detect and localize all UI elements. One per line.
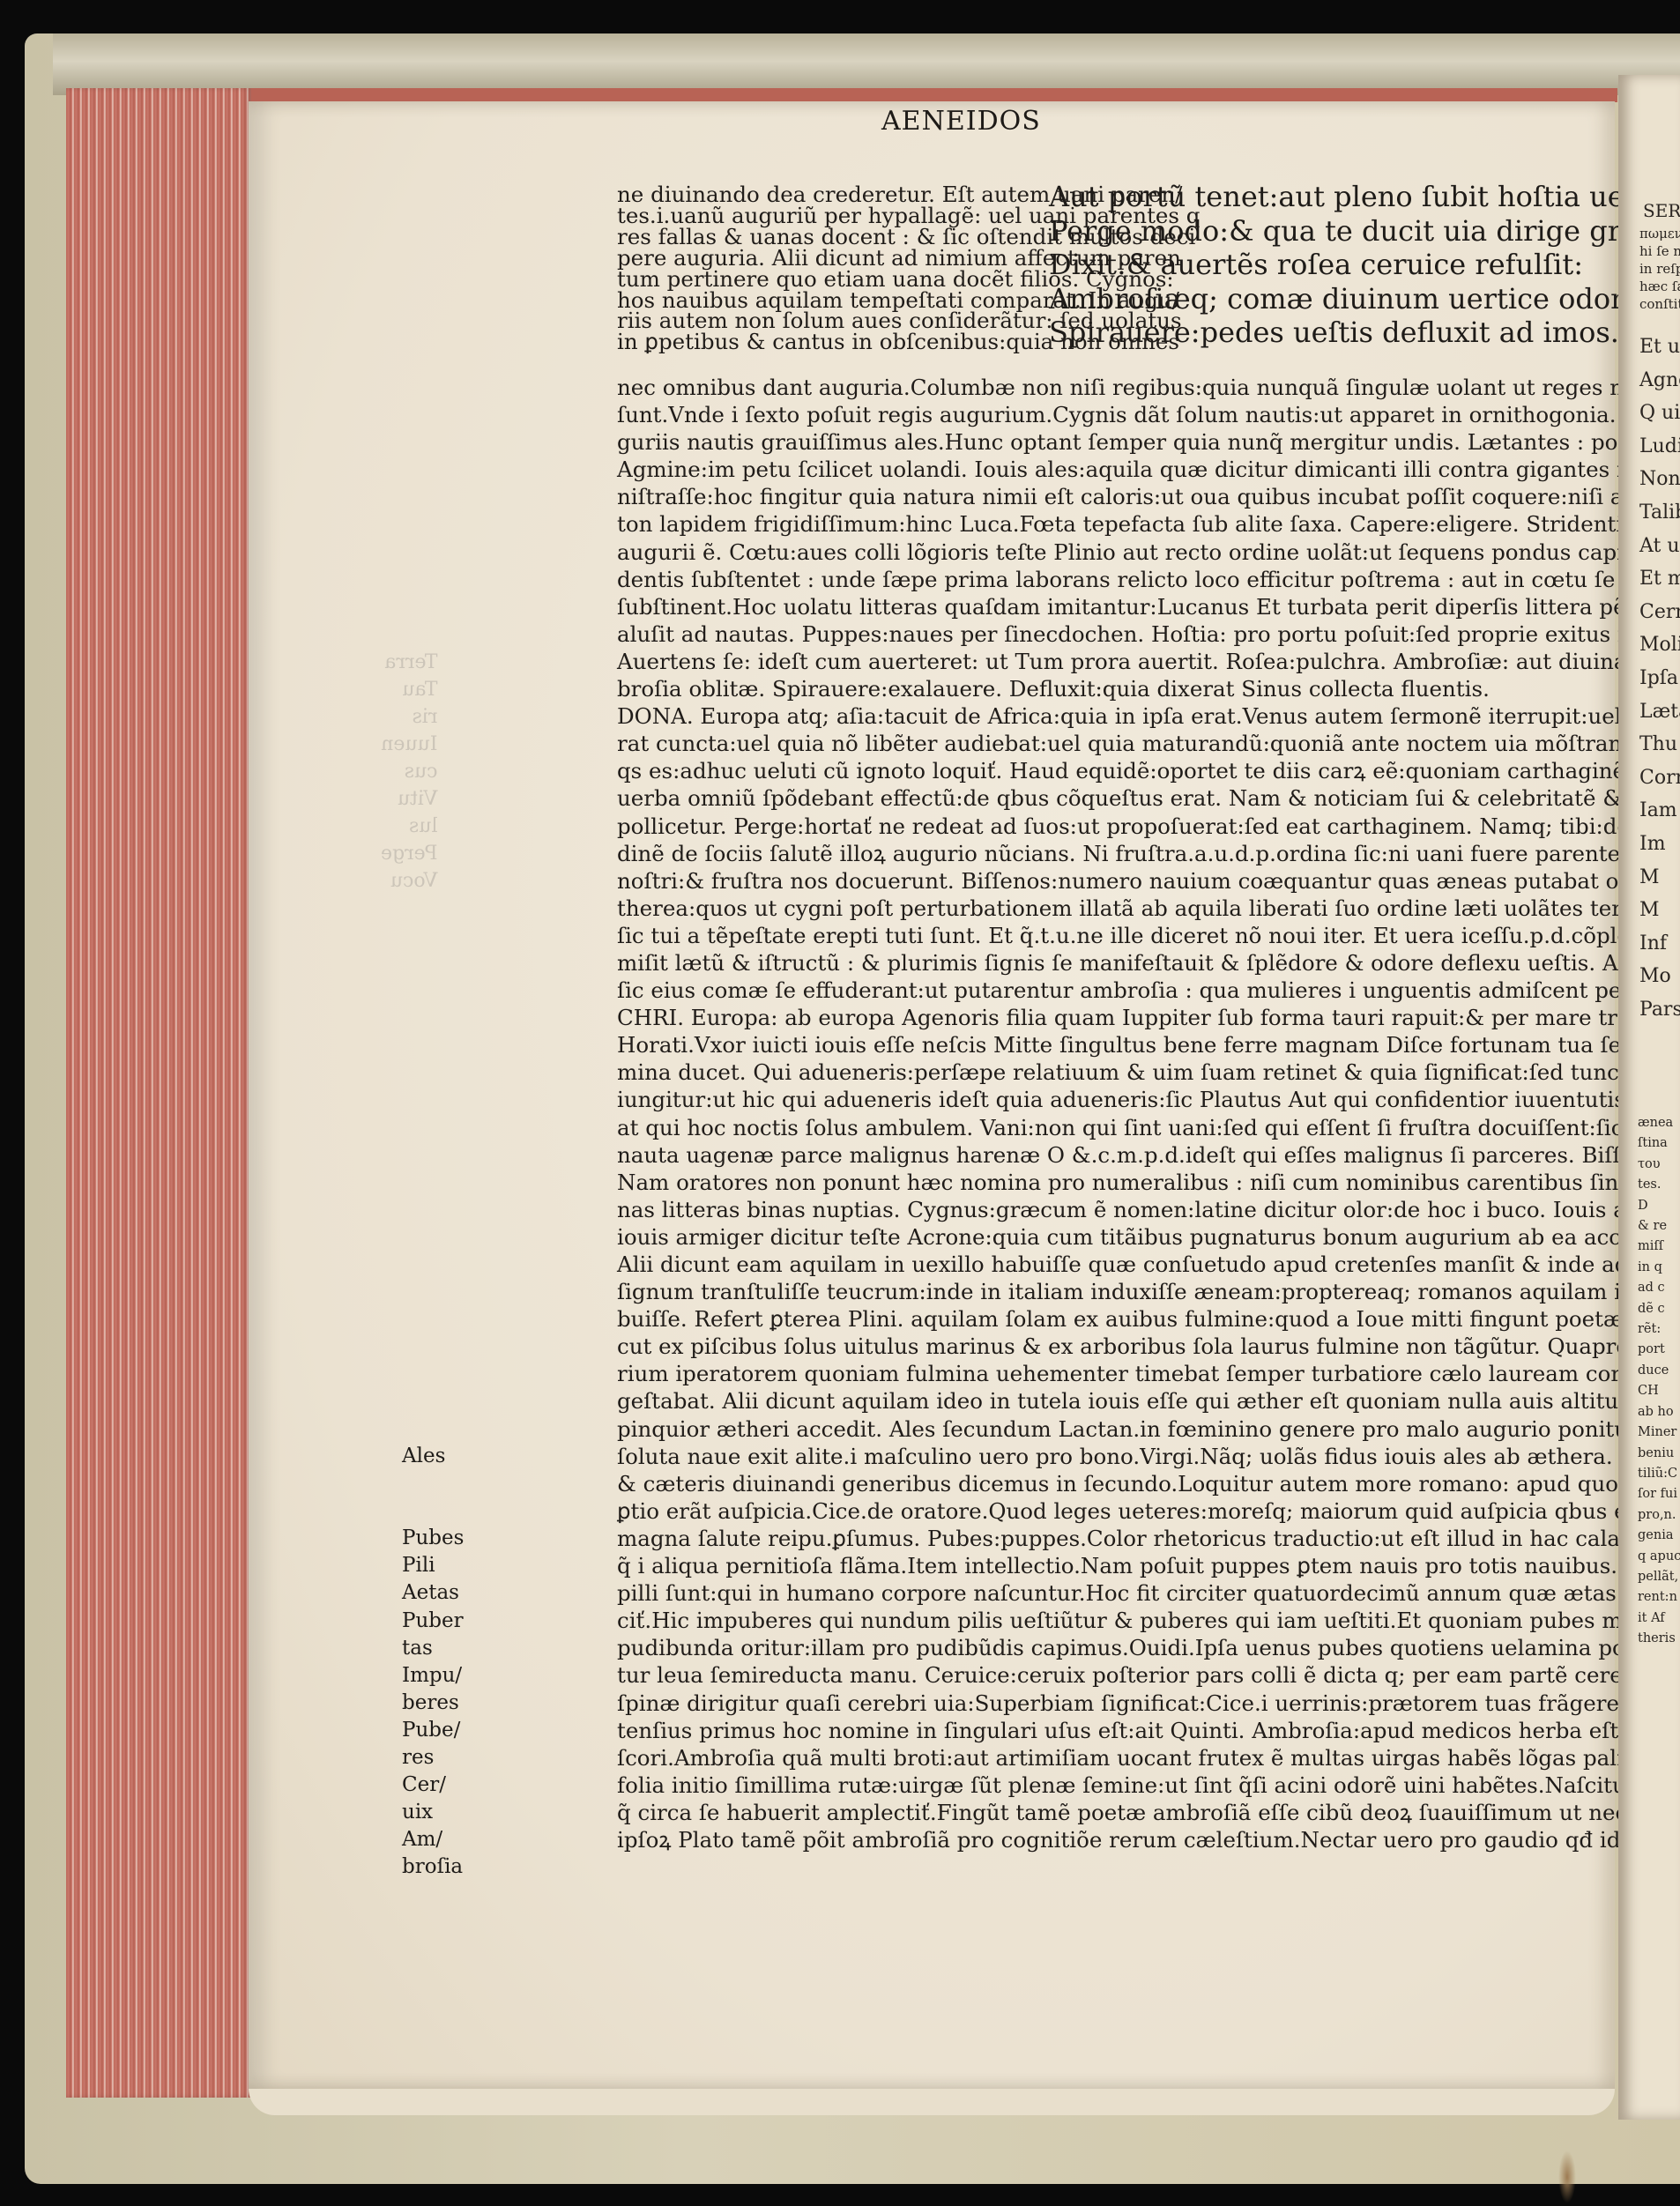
facing-page-commentary-line: duce (1638, 1361, 1680, 1381)
commentary-line: dinẽ de ſociis ſalutẽ illoꝝ augurio nũci… (617, 840, 1680, 867)
facing-page-verse-line: Iam (1639, 794, 1680, 828)
commentary-line: Alii dicunt eam aquilam in uexillo habui… (617, 1251, 1680, 1278)
commentary-line: ſignum tranſtuliſſe teucrum:inde in ital… (617, 1278, 1680, 1305)
commentary-line: ſic eius comæ ſe effuderant:ut putarentu… (617, 977, 1680, 1004)
facing-page-verse-line: Et uera (1639, 331, 1680, 364)
show-through-word: lus (381, 813, 437, 840)
facing-page-commentary-line: rent:n (1638, 1587, 1680, 1608)
facing-page-verse-line: Et mu (1639, 562, 1680, 596)
commentary-line: pudibunda oritur:illam pro pudibũdis cap… (617, 1634, 1680, 1661)
facing-page-verse-line: Ipſa p (1639, 662, 1680, 695)
commentary-line: CHRI. Europa: ab europa Agenoris filia q… (617, 1004, 1680, 1031)
commentary-line: ſunt.Vnde i ſexto poſuit regis augurium.… (617, 401, 1680, 428)
commentary-line: uerba omniũ ſpõdebant effectũ:de qbus cõ… (617, 784, 1680, 812)
facing-page-verse: Et ueraAgnouQ uicLudisNonTalibAt ueEt mu… (1639, 331, 1680, 1026)
facing-page-verse-line: Agnou (1639, 364, 1680, 397)
commentary-line: tum pertinere quo etiam uana docẽt filio… (617, 269, 1200, 290)
commentary-line: rium iperatorem quoniam fulmina uehement… (617, 1360, 1680, 1387)
show-through-word: Vitu (381, 785, 437, 813)
facing-page-commentary-line: ad c (1638, 1278, 1680, 1298)
commentary-line: tur leua ſemireducta manu. Ceruice:cerui… (617, 1661, 1680, 1689)
facing-page-verse-line: M (1639, 894, 1680, 927)
facing-page-commentary-line: του (1638, 1155, 1680, 1175)
facing-page-verse-line: Non (1639, 463, 1680, 496)
commentary-line: buiſſe. Refert ꝑterea Plini. aquilam ſol… (617, 1305, 1680, 1333)
facing-page-small-text: πωμενοhi ſe noin reſpohæc ſaluconſtitit (1639, 225, 1680, 313)
facing-page: SER. πωμενοhi ſe noin reſpohæc ſaluconſt… (1618, 75, 1680, 2120)
margin-note: Pube/ (402, 1717, 460, 1744)
facing-page-commentary-line: theris (1638, 1629, 1680, 1649)
commentary-line: magna ſalute reipu.ꝑſumus. Pubes:puppes.… (617, 1525, 1680, 1552)
facing-page-commentary-line: tes. (1638, 1175, 1680, 1195)
facing-page-commentary-line: beniu (1638, 1444, 1680, 1464)
facing-page-verse-line: Mo (1639, 960, 1680, 993)
commentary-line: q̃ circa ſe habuerit amplectiť.Fingũt ta… (617, 1799, 1680, 1826)
margin-note: Impu/ (402, 1662, 462, 1690)
commentary-line: ton lapidem frigidiſſimum:hinc Luca.Fœta… (617, 510, 1680, 538)
commentary-line: nas litteras binas nuptias. Cygnus:græcu… (617, 1196, 1680, 1223)
commentary-full-width: nec omnibus dant auguria.Columbæ non niſ… (617, 374, 1680, 1853)
facing-page-commentary-line: in q (1638, 1258, 1680, 1278)
commentary-line: rat cuncta:uel quia nõ libẽter audiebat:… (617, 730, 1680, 757)
facing-page-line: πωμενο (1639, 225, 1680, 242)
show-through-word: ris (381, 703, 437, 731)
show-through-word: Vocu (381, 867, 437, 895)
commentary-line: noſtri:& fruſtra nos docuerunt. Biſſenos… (617, 867, 1680, 895)
commentary-line: iouis armiger dicitur teſte Acrone:quia … (617, 1223, 1680, 1251)
facing-page-commentary-line: pellãt, (1638, 1567, 1680, 1587)
facing-page-commentary-line: genia (1638, 1526, 1680, 1546)
facing-page-verse-line: Im (1639, 828, 1680, 861)
commentary-line: tenſius primus hoc nomine in ſingulari u… (617, 1717, 1680, 1744)
facing-page-commentary-line: q apuc (1638, 1547, 1680, 1567)
commentary-line: dentis ſubſtentet : unde ſæpe prima labo… (617, 566, 1680, 593)
show-through-word: Perge (381, 840, 437, 867)
commentary-line: augurii ẽ. Cœtu:aues colli lõgioris teſt… (617, 539, 1680, 566)
commentary-line: nauta uagenæ parce malignus harenæ O &.c… (617, 1141, 1680, 1169)
margin-note: Aetas (402, 1579, 459, 1607)
facing-page-verse-line: Corr (1639, 761, 1680, 795)
facing-page-commentary-line: ſtina (1638, 1133, 1680, 1154)
margin-note: Cer/ (402, 1771, 446, 1799)
commentary-line: niſtraſſe:hoc fingitur quia natura nimii… (617, 483, 1680, 510)
commentary-line: DONA. Europa atq; aſia:tacuit de Africa:… (617, 702, 1680, 730)
page-edge-top (66, 88, 1617, 102)
facing-page-commentary-line: miſſ (1638, 1237, 1680, 1257)
commentary-line: aluſit ad nautas. Puppes:naues per ſinec… (617, 620, 1680, 648)
paper-stain (1558, 2150, 1576, 2203)
margin-note: tas (402, 1635, 433, 1662)
facing-page-verse-line: Thu (1639, 728, 1680, 761)
commentary-line: qs es:adhuc ueluti cũ ignoto loquiť. Hau… (617, 757, 1680, 784)
commentary-left-column: ne diuinando dea crederetur. Eſt autem u… (617, 184, 1200, 353)
margin-note: Puber (402, 1608, 464, 1635)
commentary-line: Agmine:im petu ſcilicet uolandi. Iouis a… (617, 456, 1680, 483)
margin-note: Am/ (402, 1826, 442, 1853)
margin-note: res (402, 1744, 434, 1771)
facing-page-commentary-line: & re (1638, 1216, 1680, 1237)
commentary-line: iungitur:ut hic qui adueneris ideſt quia… (617, 1086, 1680, 1113)
facing-page-verse-line: Moli (1639, 628, 1680, 662)
facing-page-commentary-line: CH (1638, 1381, 1680, 1401)
commentary-line: q̃ i aliqua pernitioſa flãma.Item intell… (617, 1552, 1680, 1579)
commentary-line: miſit lætũ & iſtructũ : & plurimis ſigni… (617, 949, 1680, 977)
commentary-line: ipſoꝝ Plato tamẽ põit ambroſiã pro cogni… (617, 1826, 1680, 1853)
show-through-word: cus (381, 758, 437, 785)
commentary-line: ſic tui a tẽpeſtate erepti tuti ſunt. Et… (617, 922, 1680, 949)
commentary-line: in ꝑpetibus & cantus in obſcenibus:quia … (617, 331, 1200, 353)
commentary-line: folia initio ſimillima rutæ:uirgæ ſũt pl… (617, 1771, 1680, 1799)
facing-page-commentary-line: pro,n. (1638, 1505, 1680, 1526)
facing-page-commentary: æneaſtinaτουtes. D& remiſſin qad cdẽ crẽ… (1638, 1113, 1680, 1650)
facing-page-commentary-line: Miner (1638, 1422, 1680, 1443)
commentary-line: nec omnibus dant auguria.Columbæ non niſ… (617, 374, 1680, 401)
margin-note: beres (402, 1690, 459, 1717)
commentary-line: pollicetur. Perge:hortať ne redeat ad ſu… (617, 813, 1680, 840)
margin-note: Ales (402, 1443, 445, 1470)
running-head: AENEIDOS (881, 106, 1041, 137)
facing-page-head: SER. (1643, 200, 1680, 221)
facing-page-verse-line: At ue (1639, 530, 1680, 563)
margin-note: broſia (402, 1853, 463, 1881)
commentary-line: ſpinæ dirigitur quaſi cerebri uia:Superb… (617, 1690, 1680, 1717)
facing-page-commentary-line: tiliũ:C (1638, 1464, 1680, 1484)
commentary-line: at qui hoc noctis ſolus ambulem. Vani:no… (617, 1114, 1680, 1141)
facing-page-commentary-line: ab ho (1638, 1402, 1680, 1422)
facing-page-verse-line: Q uic (1639, 397, 1680, 430)
commentary-line: Nam oratores non ponunt hæc nomina pro n… (617, 1169, 1680, 1196)
facing-page-verse-line: Ludis (1639, 430, 1680, 464)
binding-top-edge (53, 33, 1680, 95)
commentary-line: ſubſtinent.Hoc uolatu litteras quaſdam i… (617, 593, 1680, 620)
commentary-line: cut ex piſcibus ſolus uitulus marinus & … (617, 1333, 1680, 1360)
facing-page-line: conſtitit (1639, 295, 1680, 313)
commentary-line: guriis nautis grauiſſimus ales.Hunc opta… (617, 428, 1680, 456)
commentary-line: mina ducet. Qui adueneris:perſæpe relati… (617, 1058, 1680, 1086)
margin-note: Pili (402, 1552, 435, 1579)
commentary-line: therea:quos ut cygni poſt perturbationem… (617, 895, 1680, 922)
facing-page-line: hæc ſalu (1639, 278, 1680, 295)
show-through-word: Tau (381, 676, 437, 703)
facing-page-commentary-line: ænea (1638, 1113, 1680, 1133)
facing-page-commentary-line: ſor fui (1638, 1484, 1680, 1504)
facing-page-commentary-line: rẽt: (1638, 1319, 1680, 1340)
commentary-line: ſoluta naue exit alite.i maſculino uero … (617, 1443, 1680, 1470)
facing-page-commentary-line: D (1638, 1196, 1680, 1216)
facing-page-verse-line: Inf (1639, 927, 1680, 961)
facing-page-commentary-line: port (1638, 1340, 1680, 1360)
show-through-word: Iuuen (381, 731, 437, 758)
facing-page-verse-line: M (1639, 861, 1680, 895)
facing-page-verse-line: Talib (1639, 496, 1680, 530)
facing-page-verse-line: Cerne (1639, 596, 1680, 629)
facing-page-line: hi ſe no (1639, 242, 1680, 260)
commentary-line: geſtabat. Alii dicunt aquilam ideo in tu… (617, 1387, 1680, 1415)
red-page-edges (66, 88, 251, 2098)
facing-page-commentary-line: dẽ c (1638, 1299, 1680, 1319)
commentary-line: pinquior ætheri accedit. Ales ſecundum L… (617, 1415, 1680, 1443)
commentary-line: ſcori.Ambroſia quã multi broti:aut artim… (617, 1744, 1680, 1771)
commentary-line: broſia oblitæ. Spirauere:exalauere. Defl… (617, 675, 1680, 702)
margin-note: uix (402, 1799, 433, 1826)
margin-note: Pubes (402, 1525, 464, 1552)
commentary-line: pilli ſunt:qui in humano corpore naſcunt… (617, 1579, 1680, 1607)
show-through-text: TerraTaurisIuuencusVitulusPergeVocu (381, 649, 437, 895)
commentary-line: Auertens ſe: ideſt cum auerteret: ut Tum… (617, 648, 1680, 675)
commentary-line: & cæteris diuinandi generibus dicemus in… (617, 1470, 1680, 1497)
commentary-line: ꝑtio erãt auſpicia.Cice.de oratore.Quod … (617, 1497, 1680, 1525)
facing-page-verse-line: Læta (1639, 695, 1680, 729)
facing-page-line: in reſpo (1639, 260, 1680, 278)
facing-page-commentary-line: it Af (1638, 1608, 1680, 1629)
commentary-line: Horati.Vxor iuicti iouis eſſe neſcis Mit… (617, 1031, 1680, 1058)
commentary-line: ciť.Hic impuberes qui nundum pilis ueſti… (617, 1607, 1680, 1634)
show-through-word: Terra (381, 649, 437, 676)
facing-page-verse-line: Pars (1639, 993, 1680, 1027)
